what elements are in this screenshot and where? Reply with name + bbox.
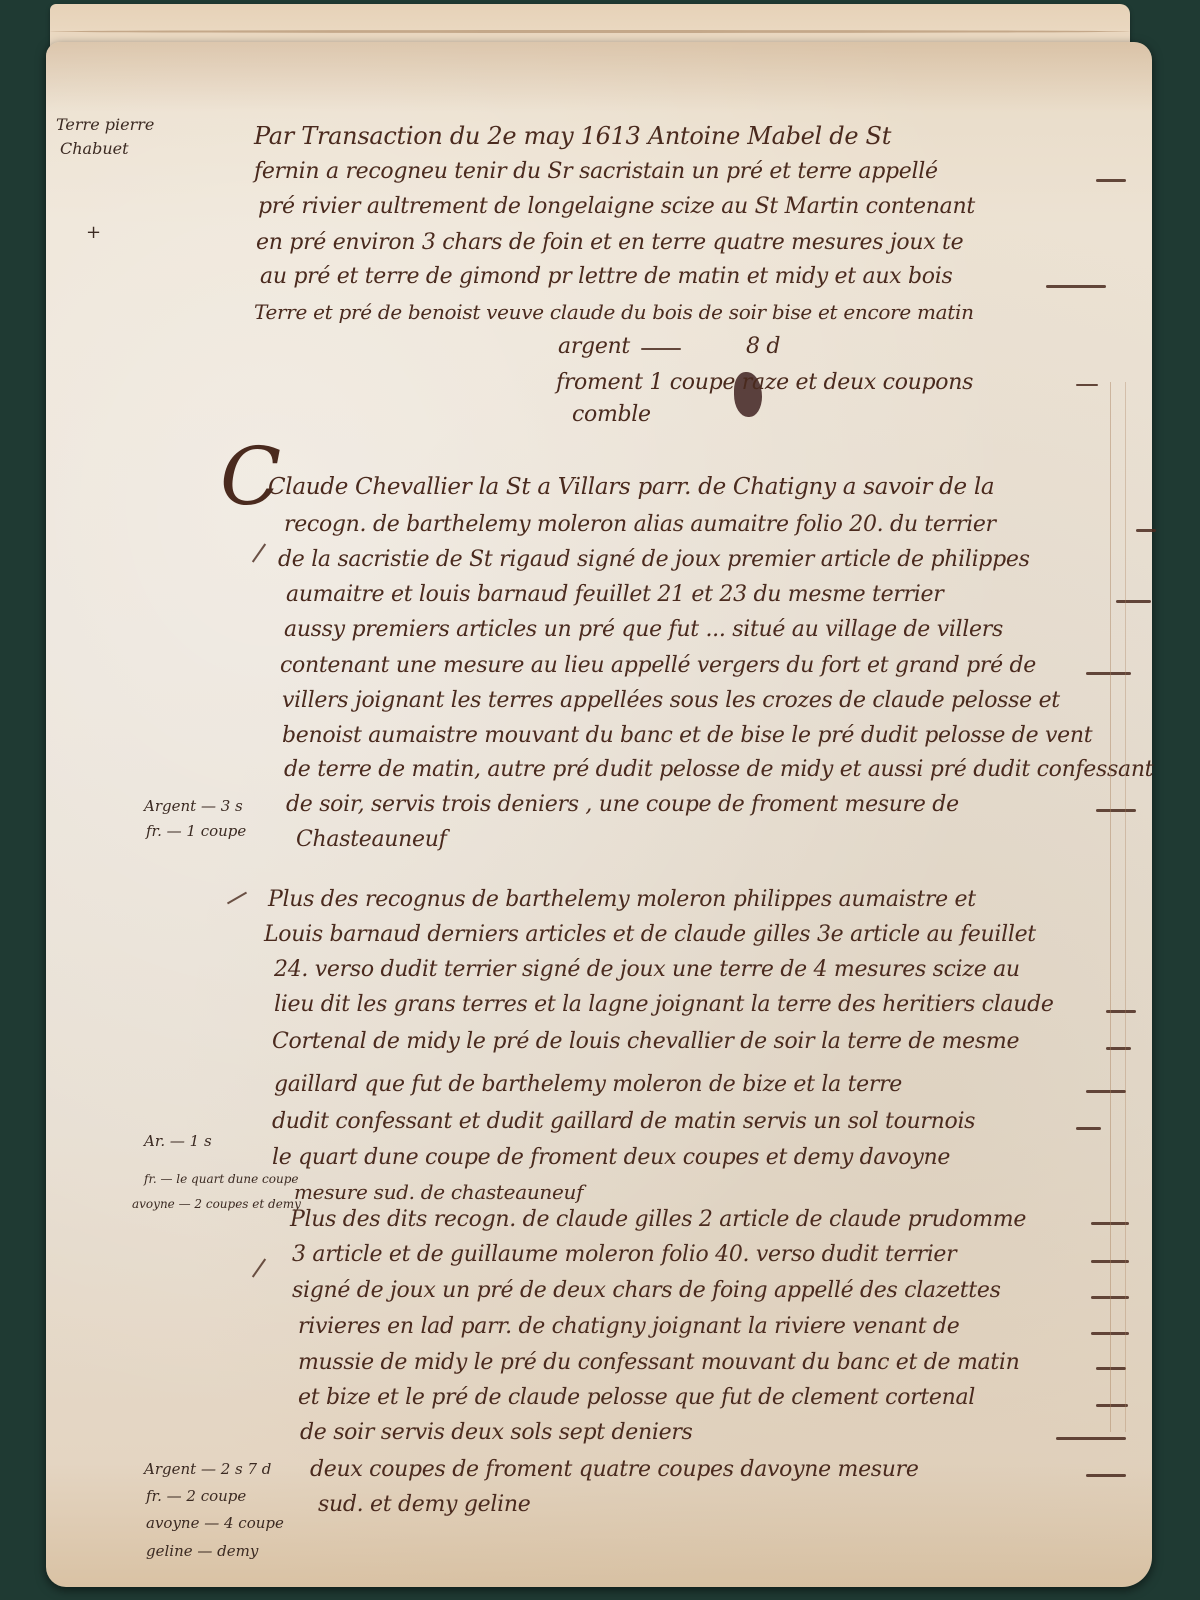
entry3-line-8: le quart dune coupe de froment deux coup… [272, 1145, 950, 1170]
entry3-line-5: Cortenal de midy le pré de louis chevall… [272, 1029, 1019, 1054]
entry2-line-5: aussy premiers articles un pré que fut .… [284, 617, 1003, 642]
manuscript-page: Terre pierre Chabuet + Par Transaction d… [46, 42, 1152, 1587]
margin-entry4-argent: Argent — 2 s 7 d [144, 1460, 271, 1478]
margin-entry2-argent: Argent — 3 s [144, 797, 243, 815]
margin-name-line-1: Terre pierre [56, 115, 154, 134]
entry2-line-6: contenant une mesure au lieu appellé ver… [280, 653, 1036, 678]
margin-slash-mark [252, 1258, 266, 1277]
line-filler-dash [1076, 1127, 1101, 1130]
entry1-line-2: fernin a recogneu tenir du Sr sacristain… [254, 159, 938, 184]
line-filler-dash [1091, 1332, 1129, 1335]
margin-entry3-froment: fr. — le quart dune coupe [144, 1172, 299, 1186]
margin-cross-mark: + [86, 222, 101, 243]
entry4-line-3: signé de joux un pré de deux chars de fo… [292, 1278, 1001, 1303]
entry3-line-1: Plus des recognus de barthelemy moleron … [268, 887, 976, 912]
line-filler-dash [1116, 600, 1151, 603]
entry2-line-7: villers joignant les terres appellées so… [282, 688, 1060, 713]
rent-argent-label: argent [558, 334, 630, 359]
line-filler-dash [1106, 1047, 1131, 1050]
line-filler-dash [1096, 809, 1136, 812]
line-filler-dash [1091, 1296, 1129, 1299]
line-filler-dash [1106, 1010, 1136, 1013]
entry2-line-4: aumaitre et louis barnaud feuillet 21 et… [286, 582, 943, 607]
line-filler-dash [1086, 672, 1131, 675]
entry4-line-1: Plus des dits recogn. de claude gilles 2… [290, 1207, 1026, 1232]
entry4-line-7: de soir servis deux sols sept deniers [300, 1420, 693, 1445]
entry4-line-2: 3 article et de guillaume moleron folio … [292, 1242, 956, 1267]
entry3-line-2: Louis barnaud derniers articles et de cl… [264, 922, 1036, 947]
line-filler-dash [1136, 529, 1156, 532]
entry2-line-10: de soir, servis trois deniers , une coup… [286, 792, 959, 817]
line-filler-dash [1086, 1474, 1126, 1477]
entry4-line-9: sud. et demy geline [318, 1492, 530, 1517]
entry4-line-4: rivieres en lad parr. de chatigny joigna… [298, 1314, 959, 1339]
entry3-line-4: lieu dit les grans terres et la lagne jo… [274, 992, 1054, 1017]
entry2-line-3: de la sacristie de St rigaud signé de jo… [278, 547, 1030, 572]
entry3-line-9: mesure sud. de chasteauneuf [294, 1180, 583, 1204]
margin-entry4-geline: geline — demy [146, 1542, 258, 1560]
margin-entry4-avoyne: avoyne — 4 coupe [146, 1514, 284, 1532]
entry2-line-2: recogn. de barthelemy moleron alias auma… [284, 512, 996, 537]
entry2-line-1: Claude Chevallier la St a Villars parr. … [268, 474, 994, 500]
entry1-line-5: au pré et terre de gimond pr lettre de m… [260, 264, 952, 289]
entry4-line-8: deux coupes de froment quatre coupes dav… [310, 1457, 919, 1482]
line-filler-dash [1096, 1404, 1128, 1407]
line-filler-dash [1076, 384, 1098, 386]
margin-dash-mark [227, 892, 247, 905]
line-filler-dash [1096, 179, 1126, 182]
line-filler-dash [1046, 285, 1106, 288]
line-filler-dash [1091, 1222, 1129, 1225]
entry1-line-3: pré rivier aultrement de longelaigne sci… [258, 194, 975, 219]
entry3-line-3: 24. verso dudit terrier signé de joux un… [274, 957, 1020, 982]
line-filler-dash [1096, 1367, 1126, 1370]
margin-slash-mark [252, 543, 266, 562]
entry1-line-1: Par Transaction du 2e may 1613 Antoine M… [254, 122, 891, 150]
entry3-line-7: dudit confessant et dudit gaillard de ma… [272, 1109, 975, 1134]
entry4-line-5: mussie de midy le pré du confessant mouv… [298, 1350, 1020, 1375]
entry1-line-4: en pré environ 3 chars de foin et en ter… [256, 230, 963, 255]
entry2-line-11: Chasteauneuf [296, 827, 446, 852]
line-filler-dash [1091, 1260, 1129, 1263]
entry4-line-6: et bize et le pré de claude pelosse que … [298, 1385, 975, 1410]
margin-entry4-froment: fr. — 2 coupe [146, 1487, 246, 1505]
rent-dash [641, 348, 681, 350]
margin-entry3-avoyne: avoyne — 2 coupes et demy [132, 1197, 301, 1211]
rent-froment: froment 1 coupe raze et deux coupons [556, 370, 973, 395]
margin-entry3-argent: Ar. — 1 s [144, 1132, 212, 1150]
line-filler-dash [1086, 1090, 1126, 1093]
entry2-line-9: de terre de matin, autre pré dudit pelos… [284, 757, 1153, 782]
margin-name-line-2: Chabuet [60, 139, 129, 158]
margin-entry2-froment: fr. — 1 coupe [146, 822, 246, 840]
line-filler-dash [1056, 1437, 1126, 1440]
entry2-line-8: benoist aumaistre mouvant du banc et de … [282, 723, 1092, 748]
rent-argent-value: 8 d [746, 334, 780, 359]
entry1-line-6: Terre et pré de benoist veuve claude du … [254, 300, 974, 324]
rent-comble: comble [572, 402, 651, 427]
entry3-line-6: gaillard que fut de barthelemy moleron d… [274, 1072, 902, 1097]
